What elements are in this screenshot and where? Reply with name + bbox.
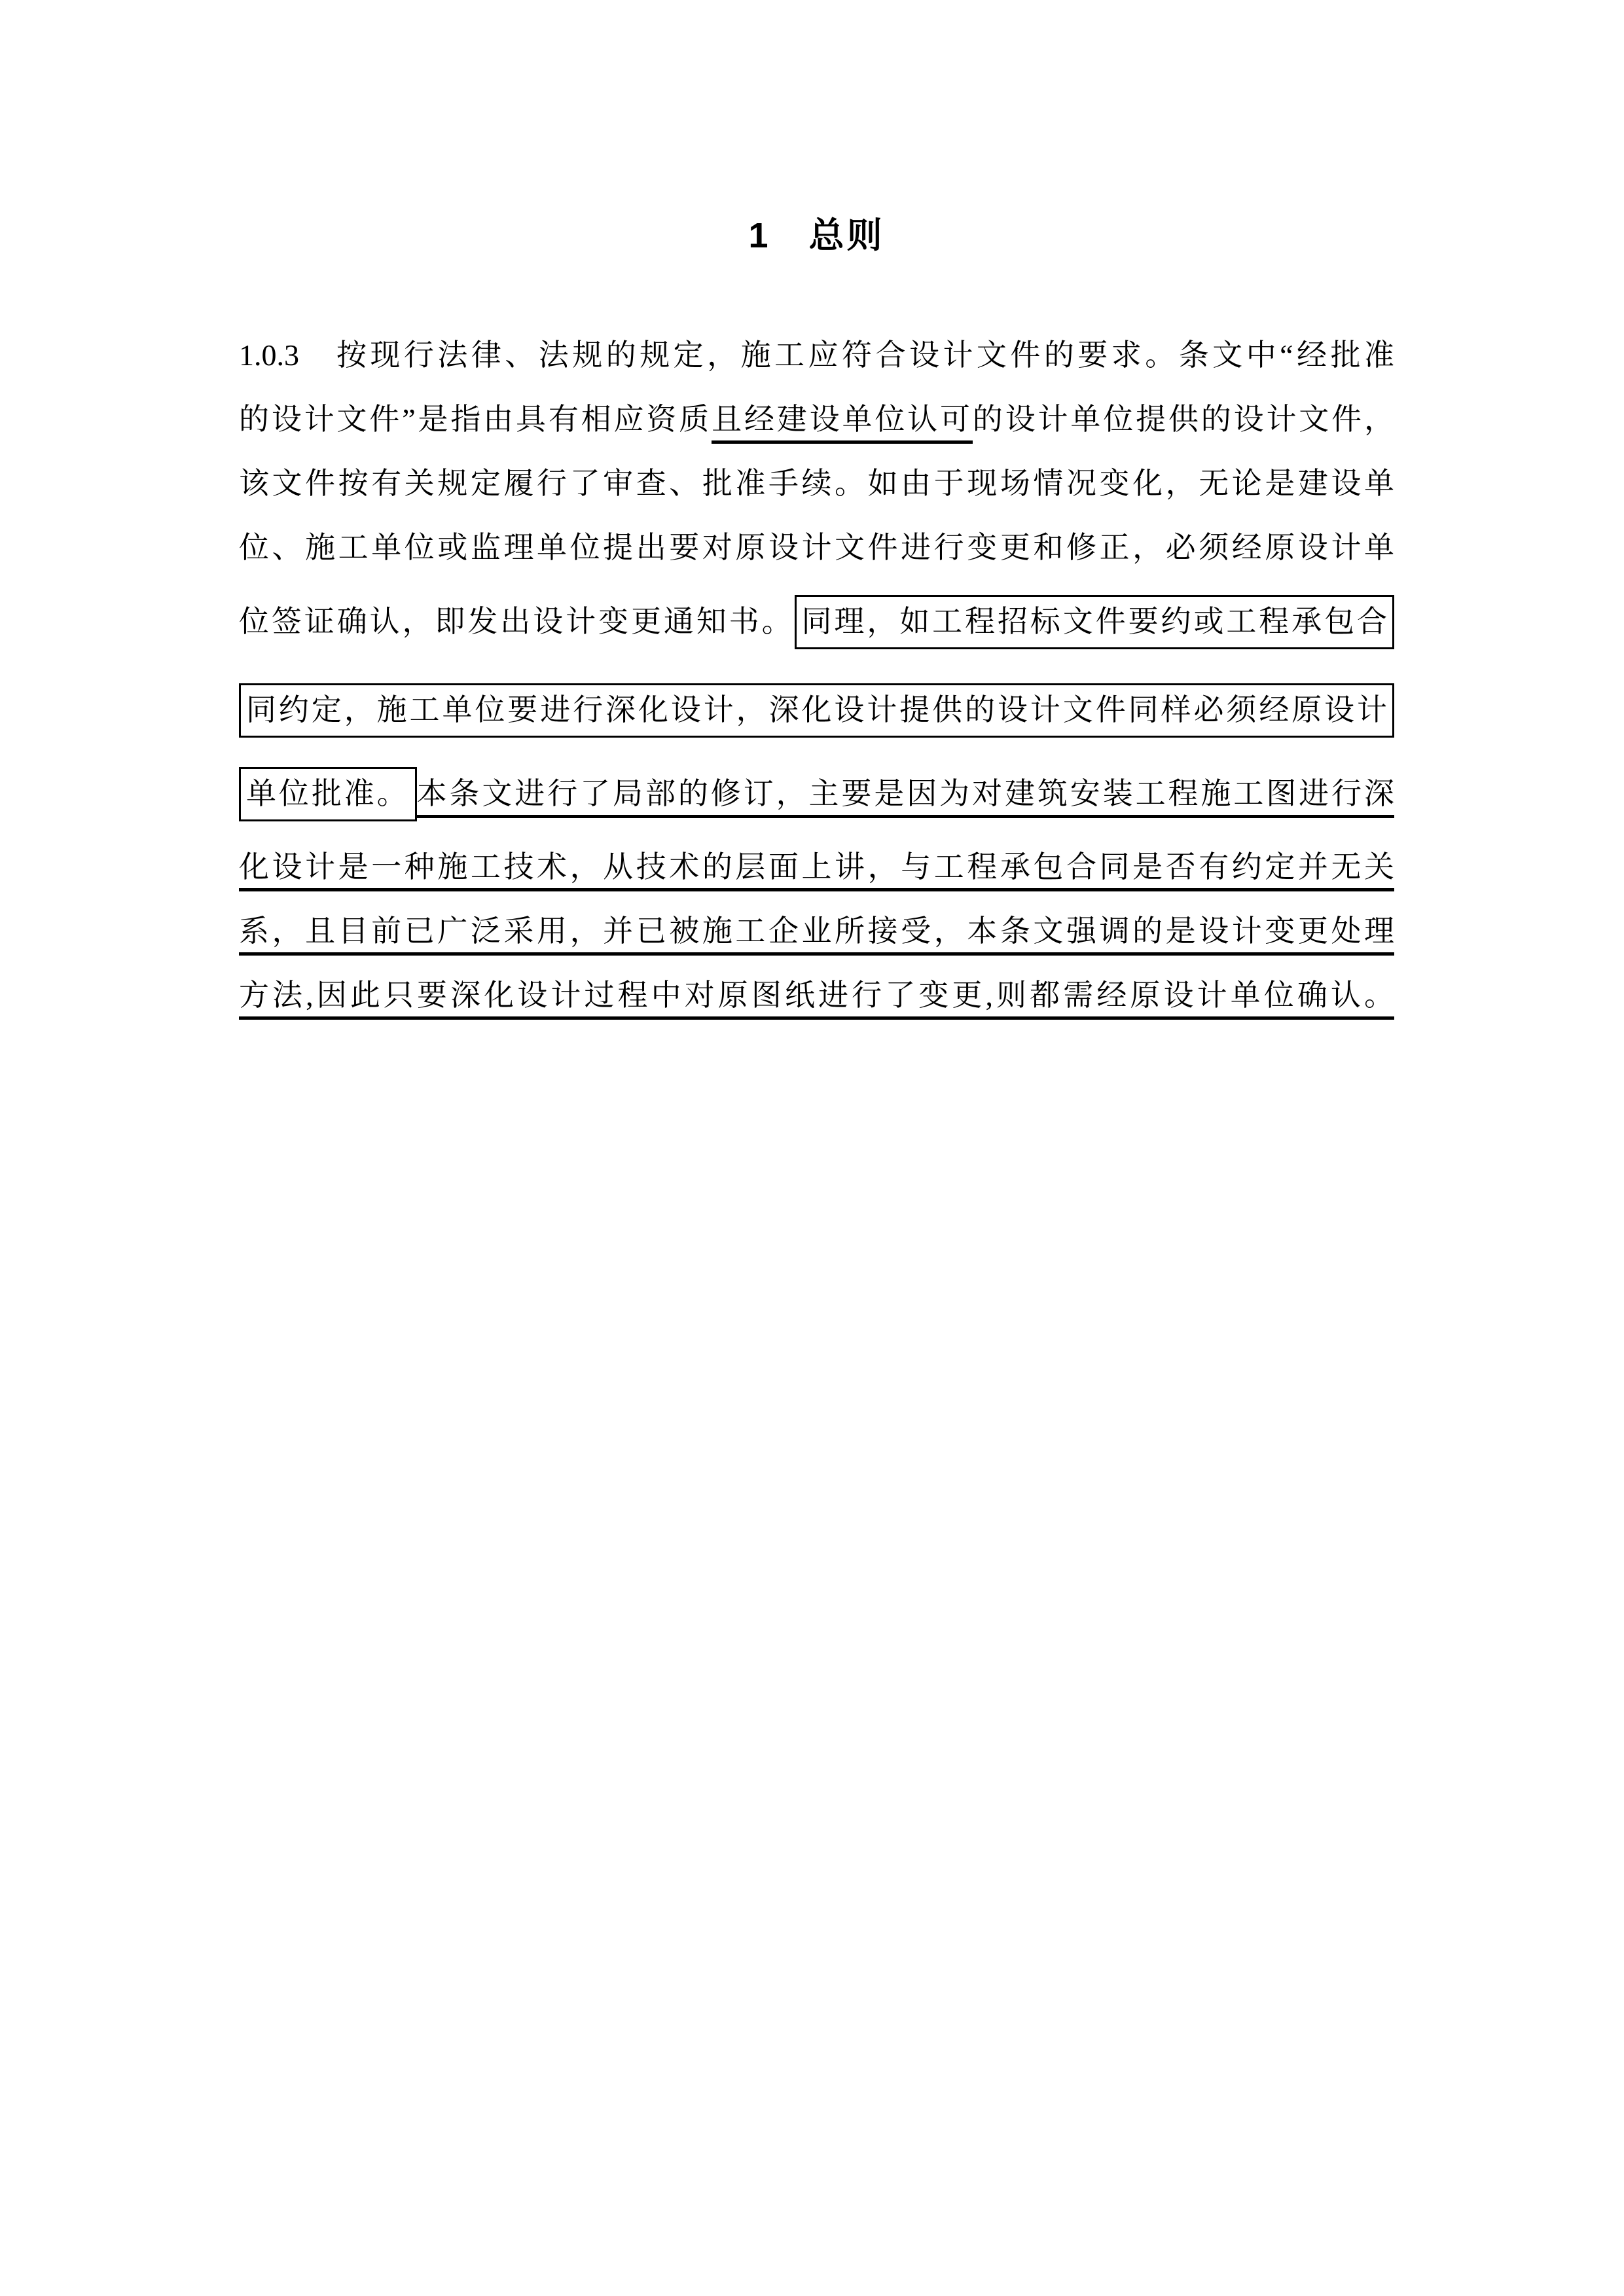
text-line-4: 位、施工单位或监理单位提出要对原设计文件进行变更和修正，必须经原设计单: [239, 533, 1394, 597]
underlined-revision-text: 方法,因此只要深化设计过程中对原图纸进行了变更,则都需经原设计单位确认。: [239, 978, 1394, 1020]
text-line-7: 单位批准。本条文进行了局部的修订，主要是因为对建筑安装工程施工图进行深: [239, 779, 1394, 843]
underlined-revision-text: 且经建设单位认可: [712, 403, 973, 444]
text-line-10: 方法,因此只要深化设计过程中对原图纸进行了变更,则都需经原设计单位确认。: [239, 980, 1394, 1045]
boxed-revision-text: 同理，如工程招标文件要约或工程承包合: [795, 595, 1395, 649]
text-line-5: 位签证确认，即发出设计变更通知书。同理，如工程招标文件要约或工程承包合: [239, 607, 1394, 671]
text-line-8: 化设计是一种施工技术，从技术的层面上讲，与工程承包合同是否有约定并无关: [239, 852, 1394, 916]
document-page: 1 总则 1.0.3 按现行法律、法规的规定，施工应符合设计文件的要求。条文中“…: [0, 0, 1624, 2296]
clause-text: 的设计文件”是指由具有相应资质: [239, 403, 712, 436]
clause-commentary-paragraph: 1.0.3 按现行法律、法规的规定，施工应符合设计文件的要求。条文中“经批准的设…: [239, 340, 1394, 1045]
text-line-1: 1.0.3 按现行法律、法规的规定，施工应符合设计文件的要求。条文中“经批准: [239, 340, 1394, 404]
underlined-revision-text: 化设计是一种施工技术，从技术的层面上讲，与工程承包合同是否有约定并无关: [239, 850, 1394, 891]
clause-text: 位签证确认，即发出设计变更通知书。: [239, 605, 795, 638]
clause-text: 该文件按有关规定履行了审查、批准手续。如由于现场情况变化，无论是建设单: [239, 467, 1394, 500]
clause-text: 1.0.3 按现行法律、法规的规定，施工应符合设计文件的要求。条文中“经批准: [239, 338, 1394, 372]
underlined-revision-text: 系，且目前已广泛采用，并已被施工企业所接受，本条文强调的是设计变更处理: [239, 914, 1394, 956]
text-line-9: 系，且目前已广泛采用，并已被施工企业所接受，本条文强调的是设计变更处理: [239, 916, 1394, 980]
text-line-6: 同约定，施工单位要进行深化设计，深化设计提供的设计文件同样必须经原设计: [239, 695, 1394, 759]
section-title: 1 总则: [239, 216, 1394, 255]
underlined-revision-text: 本条文进行了局部的修订，主要是因为对建筑安装工程施工图进行深: [417, 777, 1394, 818]
clause-text: 位、施工单位或监理单位提出要对原设计文件进行变更和修正，必须经原设计单: [239, 531, 1394, 564]
boxed-revision-text: 单位批准。: [239, 767, 417, 821]
text-line-3: 该文件按有关规定履行了审查、批准手续。如由于现场情况变化，无论是建设单: [239, 469, 1394, 533]
text-line-2: 的设计文件”是指由具有相应资质且经建设单位认可的设计单位提供的设计文件，: [239, 404, 1394, 469]
clause-text: 的设计单位提供的设计文件，: [973, 403, 1394, 436]
boxed-revision-text: 同约定，施工单位要进行深化设计，深化设计提供的设计文件同样必须经原设计: [239, 683, 1394, 738]
